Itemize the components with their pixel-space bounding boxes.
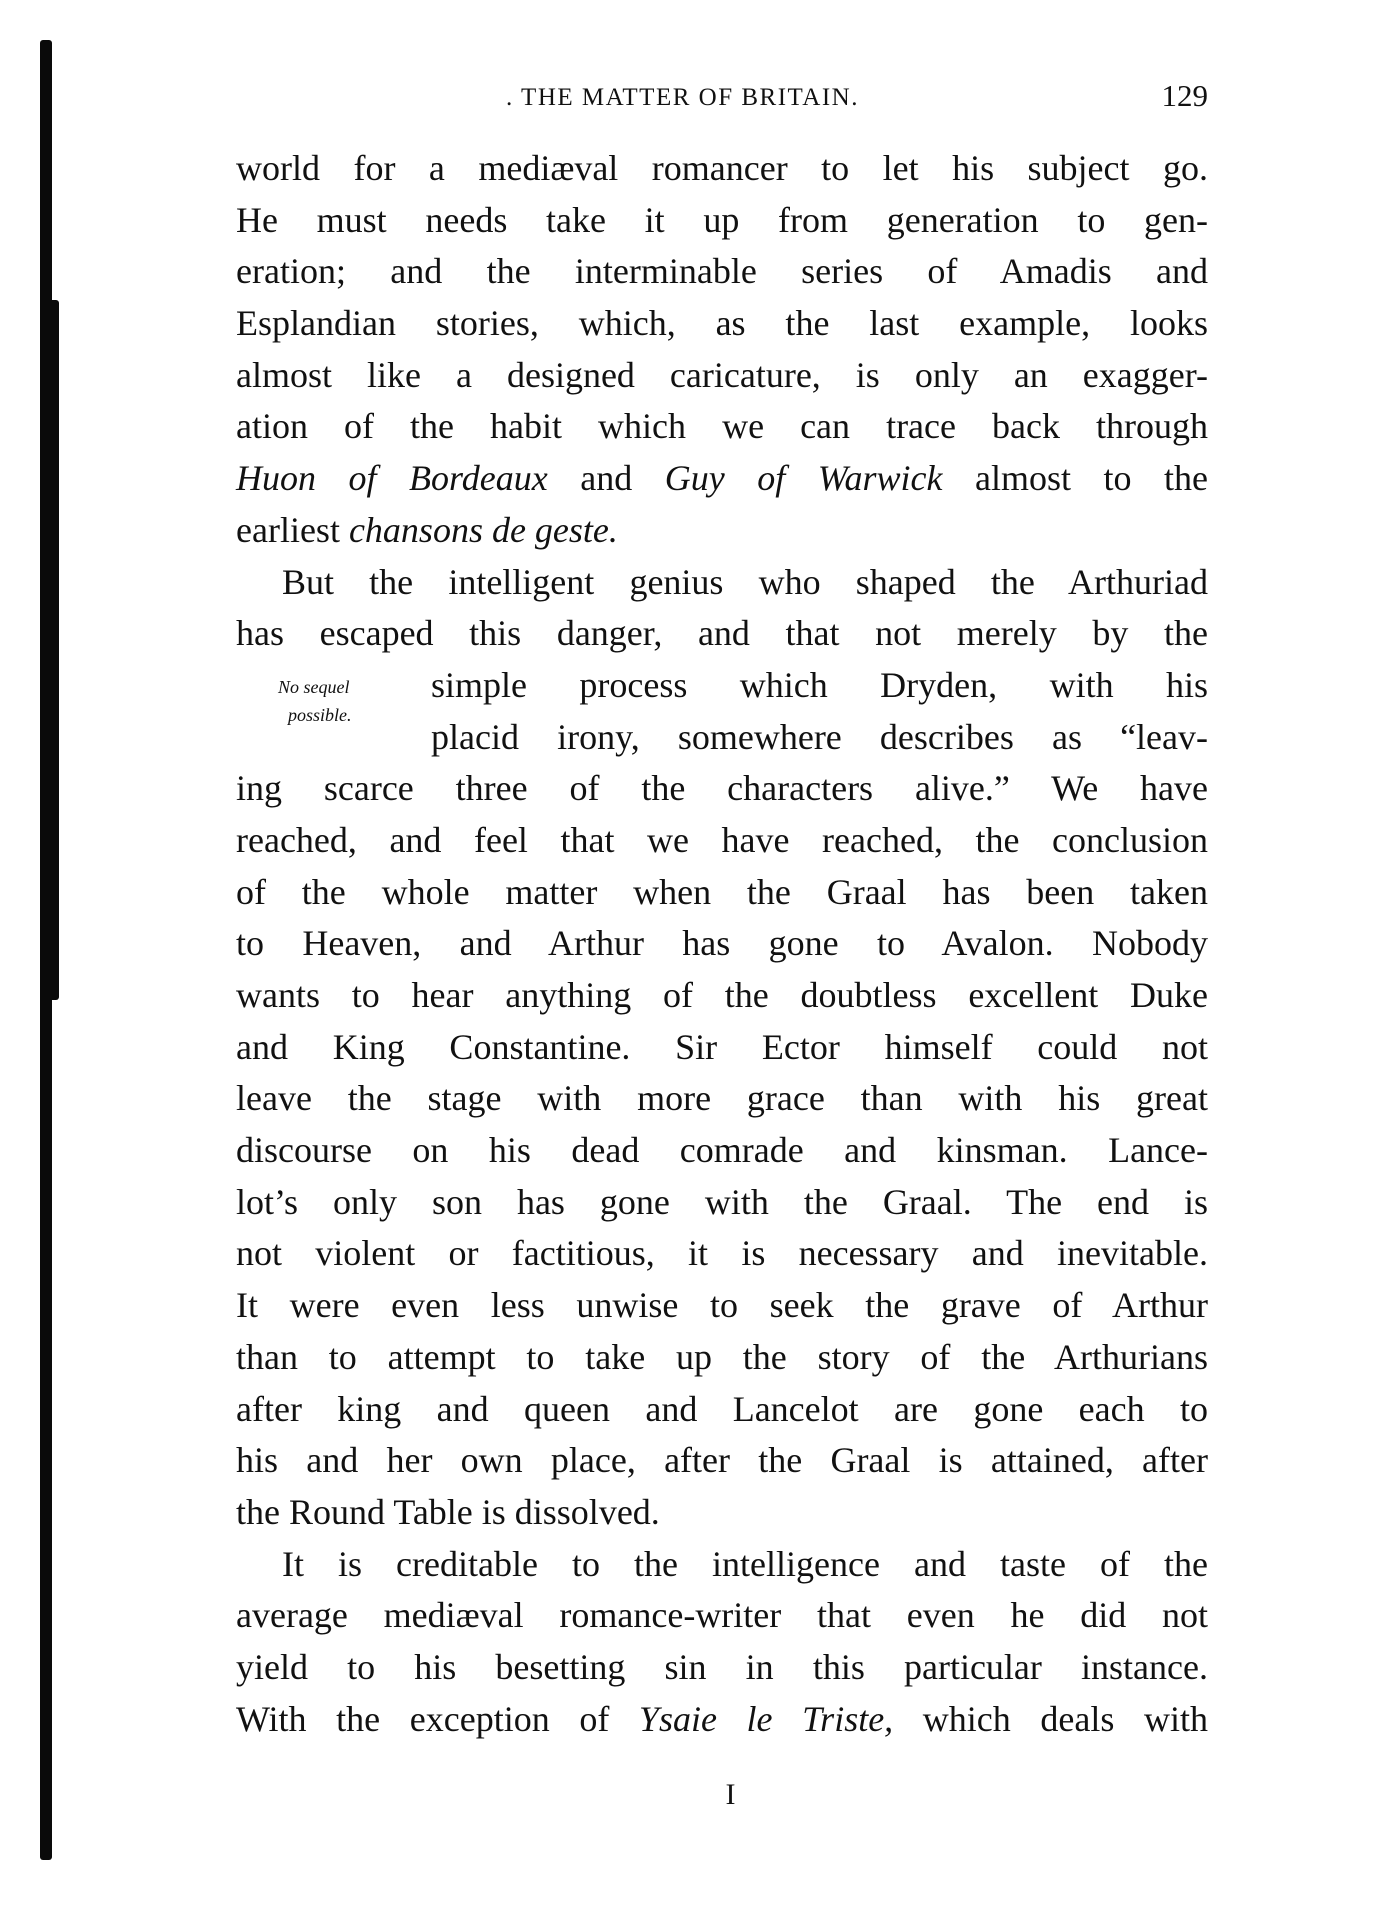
text-line-italic-title: With the exception of Ysaie le Triste, w… — [236, 1694, 1208, 1746]
text-line: than to attempt to take up the story of … — [236, 1332, 1208, 1384]
signature-mark: I — [0, 1778, 1381, 1812]
sidenote-line-1: No sequel — [278, 676, 350, 698]
text-line: to Heaven, and Arthur has gone to Avalon… — [236, 918, 1208, 970]
text-run: which deals with — [893, 1699, 1208, 1739]
italic-title: Huon of Bordeaux — [236, 458, 548, 498]
scanned-binding-edge-shadow — [45, 300, 59, 1000]
text-line: ation of the habit which we can trace ba… — [236, 401, 1208, 453]
text-line: yield to his besetting sin in this parti… — [236, 1642, 1208, 1694]
text-run: and — [548, 458, 665, 498]
text-line: discourse on his dead comrade and kinsma… — [236, 1125, 1208, 1177]
text-line: He must needs take it up from generation… — [236, 195, 1208, 247]
text-line: It were even less unwise to seek the gra… — [236, 1280, 1208, 1332]
text-run: earliest — [236, 510, 349, 550]
text-line-paragraph-end: earliest chansons de geste. — [236, 505, 1208, 557]
text-line: average mediæval romance-writer that eve… — [236, 1590, 1208, 1642]
text-line: of the whole matter when the Graal has b… — [236, 867, 1208, 919]
text-line: Esplandian stories, which, as the last e… — [236, 298, 1208, 350]
text-line: and King Constantine. Sir Ector himself … — [236, 1022, 1208, 1074]
text-line: almost like a designed caricature, is on… — [236, 350, 1208, 402]
text-line: not violent or factitious, it is necessa… — [236, 1228, 1208, 1280]
page-number: 129 — [1162, 78, 1209, 114]
text-line-with-sidenote: No sequel possible. simple process which… — [236, 660, 1208, 712]
text-line: reached, and feel that we have reached, … — [236, 815, 1208, 867]
text-line-paragraph-start: It is creditable to the intelligence and… — [236, 1539, 1208, 1591]
text-line: lot’s only son has gone with the Graal. … — [236, 1177, 1208, 1229]
running-title: . THE MATTER OF BRITAIN. — [506, 84, 859, 112]
text-run: With the exception of — [236, 1699, 639, 1739]
text-line: has escaped this danger, and that not me… — [236, 608, 1208, 660]
text-run: simple process which Dryden, with his — [431, 665, 1208, 705]
text-run: almost to the — [942, 458, 1208, 498]
text-line-italic-titles: Huon of Bordeaux and Guy of Warwick almo… — [236, 453, 1208, 505]
italic-title: Guy of Warwick — [665, 458, 943, 498]
text-line: world for a mediæval romancer to let his… — [236, 143, 1208, 195]
italic-title: chansons de geste. — [349, 510, 618, 550]
text-line: his and her own place, after the Graal i… — [236, 1435, 1208, 1487]
text-line: placid irony, somewhere describes as “le… — [236, 712, 1208, 764]
text-line-paragraph-end: the Round Table is dissolved. — [236, 1487, 1208, 1539]
text-line: wants to hear anything of the doubtless … — [236, 970, 1208, 1022]
running-head: . THE MATTER OF BRITAIN. 129 — [236, 78, 1208, 118]
italic-title: Ysaie le Triste, — [639, 1699, 893, 1739]
text-line-paragraph-start: But the intelligent genius who shaped th… — [236, 557, 1208, 609]
text-line: eration; and the interminable series of … — [236, 246, 1208, 298]
text-line: after king and queen and Lancelot are go… — [236, 1384, 1208, 1436]
text-line: leave the stage with more grace than wit… — [236, 1073, 1208, 1125]
text-line: ing scarce three of the characters alive… — [236, 763, 1208, 815]
body-text: world for a mediæval romancer to let his… — [236, 143, 1208, 1745]
